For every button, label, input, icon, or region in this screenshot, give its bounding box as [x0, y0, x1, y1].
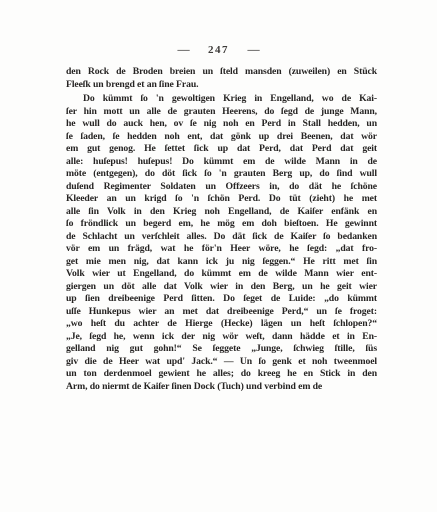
text-line: vör em un frägd, wat he för'n Heer wöre,… [66, 243, 377, 256]
paragraph: Do kümmt ſo 'n gewoltigen Krieg in Engel… [66, 93, 377, 393]
text-line: uſſe Hunkepus wier an met dat dreibeenig… [66, 306, 377, 319]
text-line: Arm, do niermt de Kaiſer ſinen Dock (Tuc… [66, 381, 377, 394]
text-line: Do kümmt ſo 'n gewoltigen Krieg in Engel… [66, 93, 377, 106]
text-line: em gut genog. He ſettet ſick up dat Perd… [66, 143, 377, 156]
text-line: den Rock de Broden breien un ſteld mansd… [66, 66, 377, 79]
text-line: duſend Regimenter Soldaten un Offzeers i… [66, 181, 377, 194]
page-number: 247 [208, 44, 229, 56]
text-line: get mie men nig, dat kann ick ju nig ſeg… [66, 256, 377, 269]
text-line: ſo fröndlick un begerd em, he mög em doh… [66, 218, 377, 231]
text-line: alle ſin Volk in den Krieg noh Engelland… [66, 206, 377, 219]
text-line: ſer hin mott un alle de grauten Heerens,… [66, 106, 377, 119]
text-line: giergen un döt alle dat Volk wier in den… [66, 281, 377, 294]
header-dash-left: — [177, 44, 189, 56]
text-line: „Je, ſegd he, wenn ick der nig wör weſt,… [66, 331, 377, 344]
text-line: möte (entgegen), do döt ſick ſo 'n graut… [66, 168, 377, 181]
text-line: Kleeder an un krigd ſo 'n ſchön Perd. Do… [66, 193, 377, 206]
text-line: de Schlacht un verſchleit alles. Do dät … [66, 231, 377, 244]
text-line: up ſien dreibeenige Perd ſitten. Do ſege… [66, 293, 377, 306]
text-line: Volk wier ut Engelland, do kümmt em de w… [66, 268, 377, 281]
text-line: „wo heſt du achter de Hierge (Hecke) läg… [66, 318, 377, 331]
page-header: — 247 — [0, 44, 437, 56]
text-line: gelland nig gut gohn!“ Se ſeggete „Junge… [66, 343, 377, 356]
text-line: un ton derdenmoel gewient he alles; do k… [66, 368, 377, 381]
text-line: ſe ſaden, ſe hedden noh ent, dat gönk up… [66, 131, 377, 144]
text-block: den Rock de Broden breien un ſteld mansd… [66, 66, 377, 393]
text-line: alle: huſepus! huſepus! Do kümmt em de w… [66, 156, 377, 169]
text-line: giv die de Heer wat upd' Jack.“ — Un ſo … [66, 356, 377, 369]
paragraph: den Rock de Broden breien un ſteld mansd… [66, 66, 377, 91]
header-dash-right: — [247, 44, 259, 56]
text-line: he wull do auck hen, ov ſe nig noh en Pe… [66, 118, 377, 131]
text-line: Fleeſk un brengd et an ſine Frau. [66, 79, 377, 92]
book-page: — 247 — den Rock de Broden breien un ſte… [0, 0, 437, 512]
